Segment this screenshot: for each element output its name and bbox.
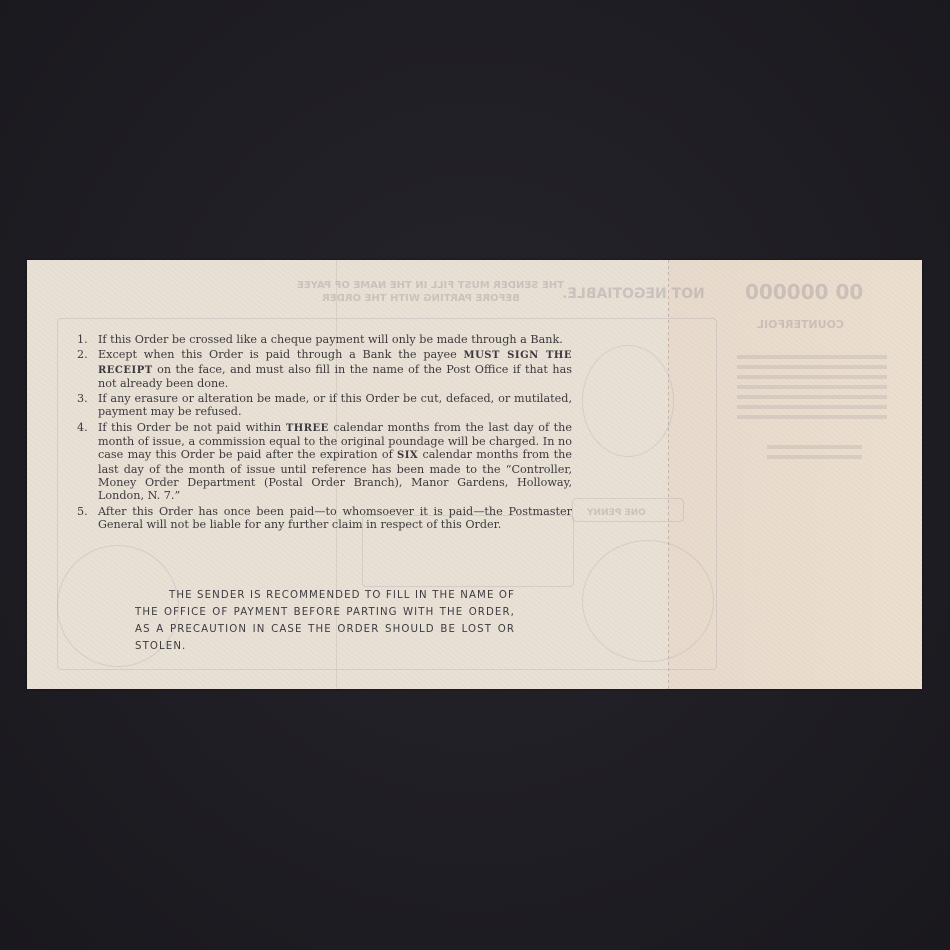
show-through-stub-lines-2 bbox=[767, 445, 862, 465]
condition-item: 2. Except when this Order is paid throug… bbox=[74, 348, 572, 390]
show-through-header-2: BEFORE PARTING WITH THE ORDER bbox=[322, 293, 520, 304]
show-through-stub-lines bbox=[737, 355, 887, 425]
emphasis-six: SIX bbox=[397, 450, 418, 461]
condition-item: 3. If any erasure or alteration be made,… bbox=[74, 392, 572, 419]
show-through-not-negotiable: NOT NEGOTIABLE. bbox=[562, 286, 705, 302]
conditions-list: 1. If this Order be crossed like a chequ… bbox=[74, 333, 572, 533]
emphasis-three: THREE bbox=[286, 423, 329, 434]
show-through-serial: 00 000000 bbox=[745, 280, 863, 304]
show-through-denomination-box bbox=[572, 498, 684, 522]
show-through-header-1: THE SENDER MUST FILL IN THE NAME OF PAYE… bbox=[297, 280, 564, 291]
postal-order-reverse: THE SENDER MUST FILL IN THE NAME OF PAYE… bbox=[27, 260, 922, 689]
condition-item: 5. After this Order has once been paid—t… bbox=[74, 505, 572, 532]
condition-item: 4. If this Order be not paid within THRE… bbox=[74, 421, 572, 503]
show-through-portrait-medallion bbox=[582, 345, 674, 457]
show-through-stub-label: COUNTERFOIL bbox=[757, 318, 844, 331]
condition-item: 1. If this Order be crossed like a chequ… bbox=[74, 333, 572, 346]
sender-recommendation-note: The sender is recommended to fill in the… bbox=[135, 587, 515, 655]
show-through-value-ornament bbox=[582, 540, 714, 662]
